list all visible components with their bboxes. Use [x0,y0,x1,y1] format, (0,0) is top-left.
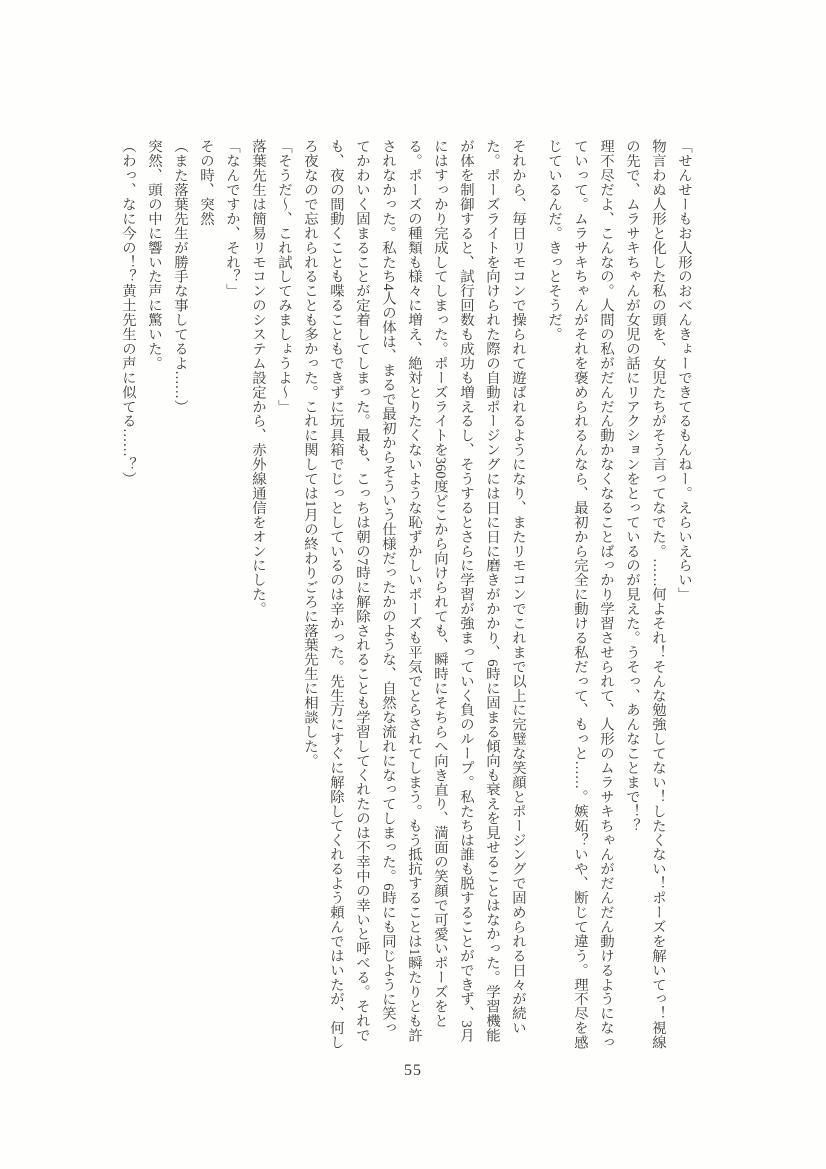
text-line: 物言わぬ人形と化した私の頭を、女児たちがそう言ってなでた。……何よそれ！そんな勉… [645,139,671,1055]
book-page: 「せんせーもお人形のおべんきょーできてるもんねー。えらいえらい」 物言わぬ人形と… [0,0,826,1169]
text-line: 「そうだ〜、これ試してみましょうよ〜」 [271,139,297,1055]
text-line: （また落葉先生が勝手な事してるよ……） [167,139,193,1055]
text-line: 落葉先生は簡易リモコンのシステム設定から、赤外線通信をオンにした。 [245,139,271,1055]
paragraph-gap [531,139,541,1055]
text-line: の先で、ムラサキちゃんが女児の話にリアクションをとっているのが見えた。うそっ、あ… [619,139,645,1055]
text-line: じているんだ。きっとそうだ。 [541,139,567,1055]
text-line: る。ポーズの種類も様々に増え、絶対とりたくないような恥ずかしいポーズも平気でとら… [401,139,427,1055]
text-line: が体を制御すると、試行回数も成功も増えるし、そうするとさらに学習が強まっていく負… [453,139,479,1055]
text-line: それから、毎日リモコンで操られて遊ばれるようになり、またリモコンでこれまで以上に… [505,139,531,1055]
text-line: た。ポーズライトを向けられた際の自動ポージングには日に日に磨きがかかり、6時に固… [479,139,505,1055]
text-line: ろ夜なので忘れられることも多かった。これに関しては1月の終わりごろに落葉先生に相… [297,139,323,1055]
page-number: 55 [0,1062,826,1080]
text-line: にはすっかり完成してしまった。ポーズライトを360度どこから向けられても、瞬時に… [427,139,453,1055]
text-line: 理不尽だよ、こんなの。人間の私がだんだん動かなくなることばっかり学習させられて、… [593,139,619,1055]
text-line: 「なんですか、それ？」 [219,139,245,1055]
text-line: 「せんせーもお人形のおべんきょーできてるもんねー。えらいえらい」 [671,139,697,1055]
text-line: も、夜の間動くことも喋ることもできずに玩具箱でじっとしているのは辛かった。先生方… [323,139,349,1055]
text-line: 突然、頭の中に響いた声に驚いた。 [141,139,167,1055]
text-line: されなかった。私たち4人の体は、まるで最初からそういう仕様だったかのような、自然… [375,139,401,1055]
text-line: てかわいく固まることが定着してしまった。最も、こっちは朝の7時に解除されることも… [349,139,375,1055]
vertical-text-block: 「せんせーもお人形のおべんきょーできてるもんねー。えらいえらい」 物言わぬ人形と… [115,139,697,1055]
text-line: ていって。ムラサキちゃんがそれを褒められるんなら、最初から完全に動ける私だって、… [567,139,593,1055]
text-line: （わっ、なに今の！？黄土先生の声に似てる……？） [115,139,141,1055]
text-line: その時、突然 [193,139,219,1055]
